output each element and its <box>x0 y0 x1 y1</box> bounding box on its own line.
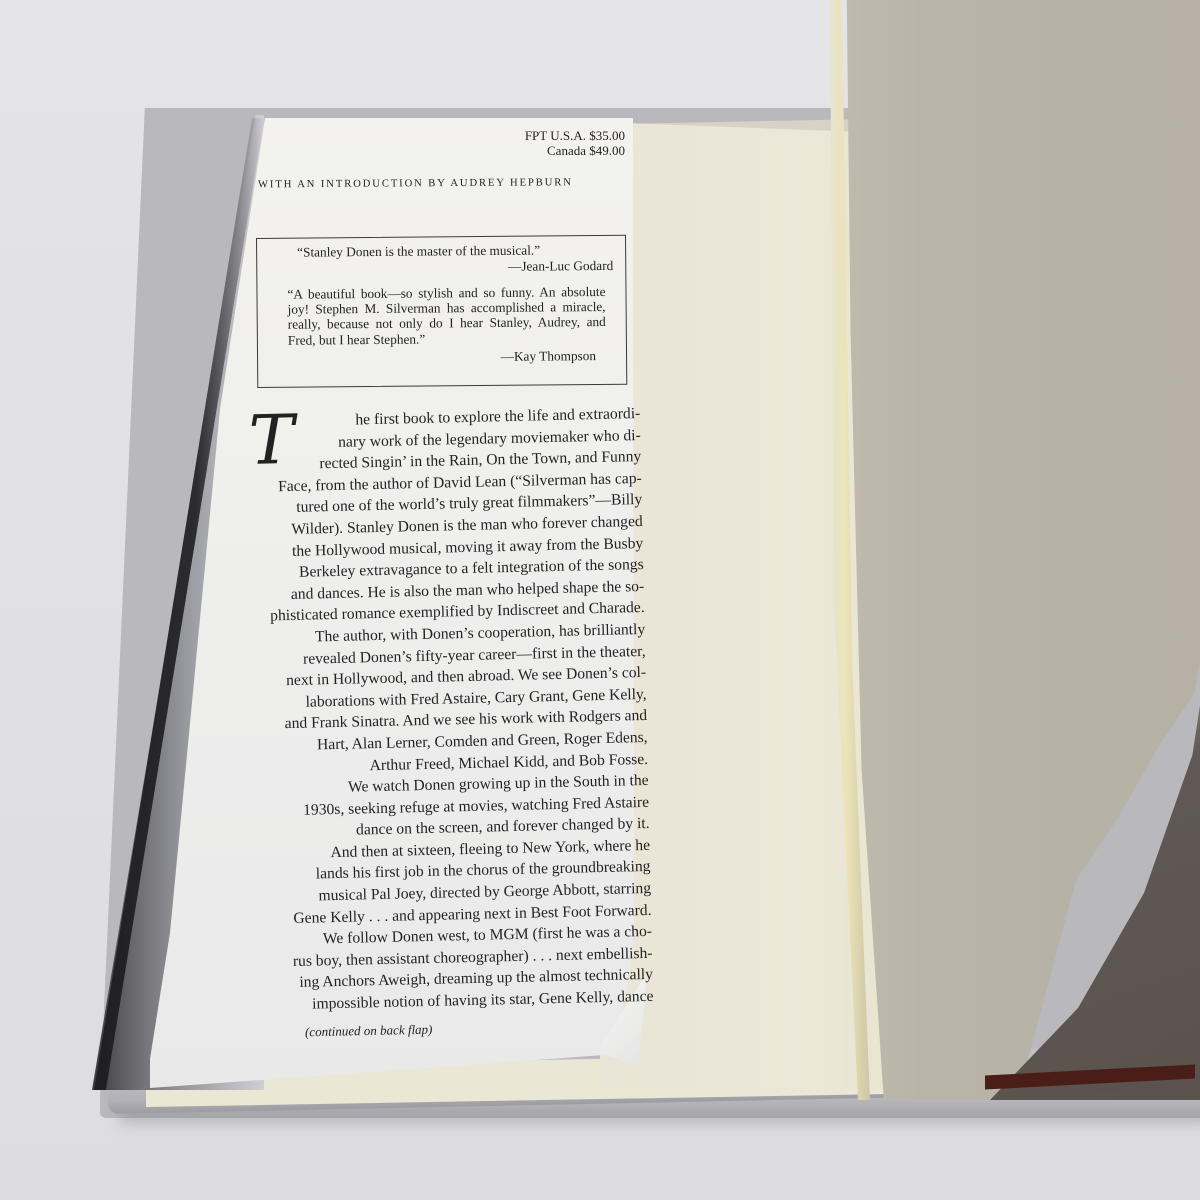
drop-cap-letter: T <box>248 407 295 476</box>
blurb-box: “Stanley Donen is the master of the musi… <box>256 235 627 388</box>
flap-body-copy: T he first book to explore the life and … <box>160 403 654 1018</box>
blurb-attribution-thompson: —Kay Thompson <box>501 348 597 364</box>
blurb-attribution-godard: —Jean-Luc Godard <box>508 258 613 274</box>
book-shadow <box>120 1108 1200 1124</box>
price-canada: Canada $49.00 <box>505 143 625 159</box>
price-usa: FPT U.S.A. $35.00 <box>505 128 625 144</box>
blurb-quote-godard: “Stanley Donen is the master of the musi… <box>297 242 617 260</box>
continued-on-back-flap: (continued on back flap) <box>305 1022 433 1041</box>
blurb-quote-thompson: “A beautiful book—so stylish and so funn… <box>287 284 606 348</box>
